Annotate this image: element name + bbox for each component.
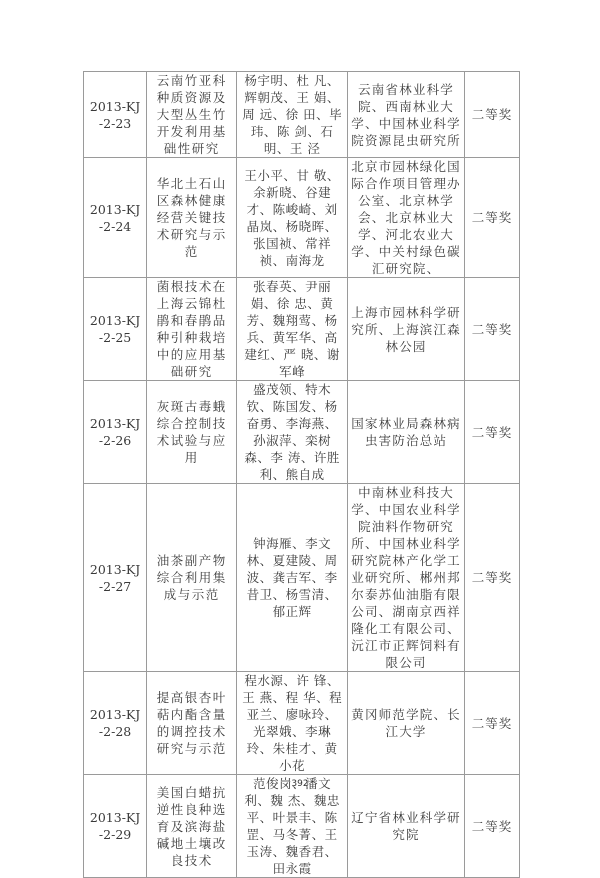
- project-id-line1: 2013-KJ: [90, 707, 140, 722]
- project-id-line2: -2-27: [99, 579, 131, 594]
- project-id-cell: 2013-KJ-2-25: [84, 278, 147, 381]
- contributors-cell: 杨宇明、杜 凡、辉朝茂、王 娟、周 远、徐 田、毕 玮、陈 剑、石 明、王 泾: [237, 72, 348, 158]
- project-id-line2: -2-29: [99, 827, 131, 842]
- project-id-line2: -2-25: [99, 330, 131, 345]
- project-id-cell: 2013-KJ-2-24: [84, 158, 147, 278]
- project-name-cell: 油茶副产物综合利用集成与示范: [147, 484, 237, 672]
- organizations-cell: 北京市园林绿化国际合作项目管理办公室、北京林学会、北京林业大学、河北农业大学、中…: [348, 158, 465, 278]
- project-id-line2: -2-26: [99, 433, 131, 448]
- award-level-cell: 二等奖: [465, 158, 520, 278]
- awards-table: 2013-KJ-2-23 云南竹亚科种质资源及大型丛生竹开发利用基础性研究 杨宇…: [83, 71, 520, 878]
- table-row: 2013-KJ-2-27 油茶副产物综合利用集成与示范 钟海雁、李文林、夏建陵、…: [84, 484, 520, 672]
- table-row: 2013-KJ-2-24 华北土石山区森林健康经营关键技术研究与示范 王小平、甘…: [84, 158, 520, 278]
- project-id-line1: 2013-KJ: [90, 416, 140, 431]
- project-id-line1: 2013-KJ: [90, 562, 140, 577]
- organizations-cell: 国家林业局森林病虫害防治总站: [348, 381, 465, 484]
- page-number: 392: [0, 779, 600, 789]
- organizations-cell: 上海市园林科学研究所、上海滨江森林公园: [348, 278, 465, 381]
- award-level-cell: 二等奖: [465, 278, 520, 381]
- project-id-line2: -2-28: [99, 724, 131, 739]
- project-name-cell: 灰斑古毒蛾综合控制技术试验与应用: [147, 381, 237, 484]
- project-id-cell: 2013-KJ-2-29: [84, 775, 147, 878]
- project-id-line1: 2013-KJ: [90, 313, 140, 328]
- project-id-cell: 2013-KJ-2-27: [84, 484, 147, 672]
- award-level-cell: 二等奖: [465, 672, 520, 775]
- table-row: 2013-KJ-2-28 提高银杏叶萜内酯含量的调控技术研究与示范 程水源、许 …: [84, 672, 520, 775]
- contributors-cell: 钟海雁、李文林、夏建陵、周 波、龚吉军、李昔卫、杨雪清、郁正辉: [237, 484, 348, 672]
- project-name-cell: 云南竹亚科种质资源及大型丛生竹开发利用基础性研究: [147, 72, 237, 158]
- table-row: 2013-KJ-2-26 灰斑古毒蛾综合控制技术试验与应用 盛茂领、特木钦、陈国…: [84, 381, 520, 484]
- table-row: 2013-KJ-2-23 云南竹亚科种质资源及大型丛生竹开发利用基础性研究 杨宇…: [84, 72, 520, 158]
- organizations-cell: 云南省林业科学院、西南林业大学、中国林业科学院资源昆虫研究所: [348, 72, 465, 158]
- table-row: 2013-KJ-2-29 美国白蜡抗逆性良种选育及滨海盐碱地土壤改良技术 范俊岗…: [84, 775, 520, 878]
- project-id-cell: 2013-KJ-2-26: [84, 381, 147, 484]
- project-name-cell: 提高银杏叶萜内酯含量的调控技术研究与示范: [147, 672, 237, 775]
- project-id-line2: -2-23: [99, 116, 131, 131]
- project-id-line2: -2-24: [99, 219, 131, 234]
- organizations-cell: 辽宁省林业科学研究院: [348, 775, 465, 878]
- organizations-cell: 中南林业科技大学、中国农业科学院油料作物研究所、中国林业科学研究院林产化学工业研…: [348, 484, 465, 672]
- organizations-cell: 黄冈师范学院、长江大学: [348, 672, 465, 775]
- project-name-cell: 美国白蜡抗逆性良种选育及滨海盐碱地土壤改良技术: [147, 775, 237, 878]
- project-id-line1: 2013-KJ: [90, 99, 140, 114]
- table-row: 2013-KJ-2-25 菌根技术在上海云锦杜鹃和春鹃品种引种栽培中的应用基础研…: [84, 278, 520, 381]
- project-name-cell: 菌根技术在上海云锦杜鹃和春鹃品种引种栽培中的应用基础研究: [147, 278, 237, 381]
- award-level-cell: 二等奖: [465, 775, 520, 878]
- award-level-cell: 二等奖: [465, 72, 520, 158]
- contributors-cell: 王小平、甘 敬、余新晓、谷建才、陈峻崎、刘晶岚、杨晓晖、张国祯、常祥祯、南海龙: [237, 158, 348, 278]
- project-id-line1: 2013-KJ: [90, 810, 140, 825]
- project-id-cell: 2013-KJ-2-28: [84, 672, 147, 775]
- contributors-cell: 范俊岗、潘文利、魏 杰、魏忠平、叶景丰、陈 罡、马冬菁、王玉涛、魏香君、田永霞: [237, 775, 348, 878]
- contributors-cell: 张春英、尹丽娟、徐 忠、黄 芳、魏翔莺、杨 兵、黄军华、高建红、严 晓、谢军峰: [237, 278, 348, 381]
- award-level-cell: 二等奖: [465, 484, 520, 672]
- document-page: 2013-KJ-2-23 云南竹亚科种质资源及大型丛生竹开发利用基础性研究 杨宇…: [0, 0, 600, 848]
- project-id-cell: 2013-KJ-2-23: [84, 72, 147, 158]
- award-level-cell: 二等奖: [465, 381, 520, 484]
- contributors-cell: 程水源、许 锋、王 燕、程 华、程亚兰、廖咏玲、光翠娥、李琳玲、朱桂才、黄小花: [237, 672, 348, 775]
- contributors-cell: 盛茂领、特木钦、陈国发、杨奋勇、李海燕、孙淑萍、栾树森、李 涛、许胜利、熊自成: [237, 381, 348, 484]
- project-name-cell: 华北土石山区森林健康经营关键技术研究与示范: [147, 158, 237, 278]
- project-id-line1: 2013-KJ: [90, 202, 140, 217]
